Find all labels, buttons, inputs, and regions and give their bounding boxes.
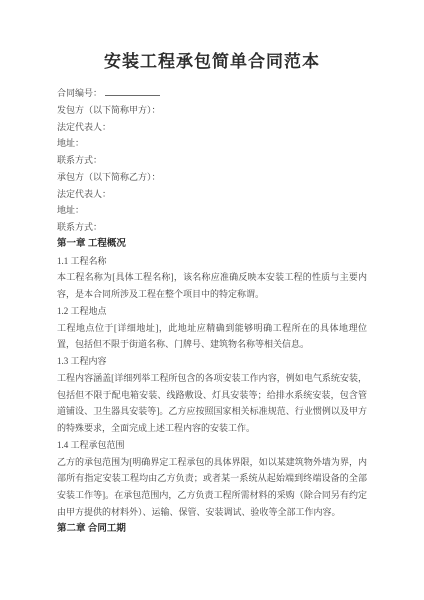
field-line: 联系方式： — [57, 219, 367, 236]
field-line: 地址： — [57, 135, 367, 152]
chapter-heading: 第一章 工程概况 — [57, 236, 367, 253]
field-line: 地址： — [57, 202, 367, 219]
contract-number-line: 合同编号： — [57, 85, 367, 102]
contract-document-page: 安装工程承包简单合同范本 合同编号： 发包方（以下简称甲方）：法定代表人：地址：… — [0, 0, 424, 600]
field-line: 承包方（以下简称乙方）： — [57, 169, 367, 186]
field-line: 1.2 工程地点 — [57, 303, 367, 320]
document-blocks: 发包方（以下简称甲方）：法定代表人：地址：联系方式：承包方（以下简称乙方）：法定… — [57, 102, 367, 538]
field-line: 联系方式： — [57, 152, 367, 169]
field-line: 发包方（以下简称甲方）： — [57, 102, 367, 119]
field-line: 法定代表人： — [57, 119, 367, 136]
field-line: 1.4 工程承包范围 — [57, 437, 367, 454]
paragraph: 本工程名称为[具体工程名称]，该名称应准确反映本安装工程的性质与主要内容，是本合… — [57, 269, 367, 303]
contract-number-blank — [105, 86, 160, 96]
field-line: 1.3 工程内容 — [57, 353, 367, 370]
chapter-heading: 第二章 合同工期 — [57, 521, 367, 538]
field-line: 1.1 工程名称 — [57, 253, 367, 270]
field-line: 法定代表人： — [57, 186, 367, 203]
paragraph: 工程地点位于[详细地址]，此地址应精确到能够明确工程所在的具体地理位置，包括但不… — [57, 320, 367, 354]
document-title: 安装工程承包简单合同范本 — [57, 49, 367, 75]
paragraph: 工程内容涵盖[详细列举工程所包含的各项安装工作内容，例如电气系统安装，包括但不限… — [57, 370, 367, 437]
paragraph: 乙方的承包范围为[明确界定工程承包的具体界限，如以某建筑物外墙为界，内部所有指定… — [57, 454, 367, 521]
document-body: 合同编号： 发包方（以下简称甲方）：法定代表人：地址：联系方式：承包方（以下简称… — [57, 85, 367, 537]
contract-number-label: 合同编号： — [57, 88, 102, 98]
